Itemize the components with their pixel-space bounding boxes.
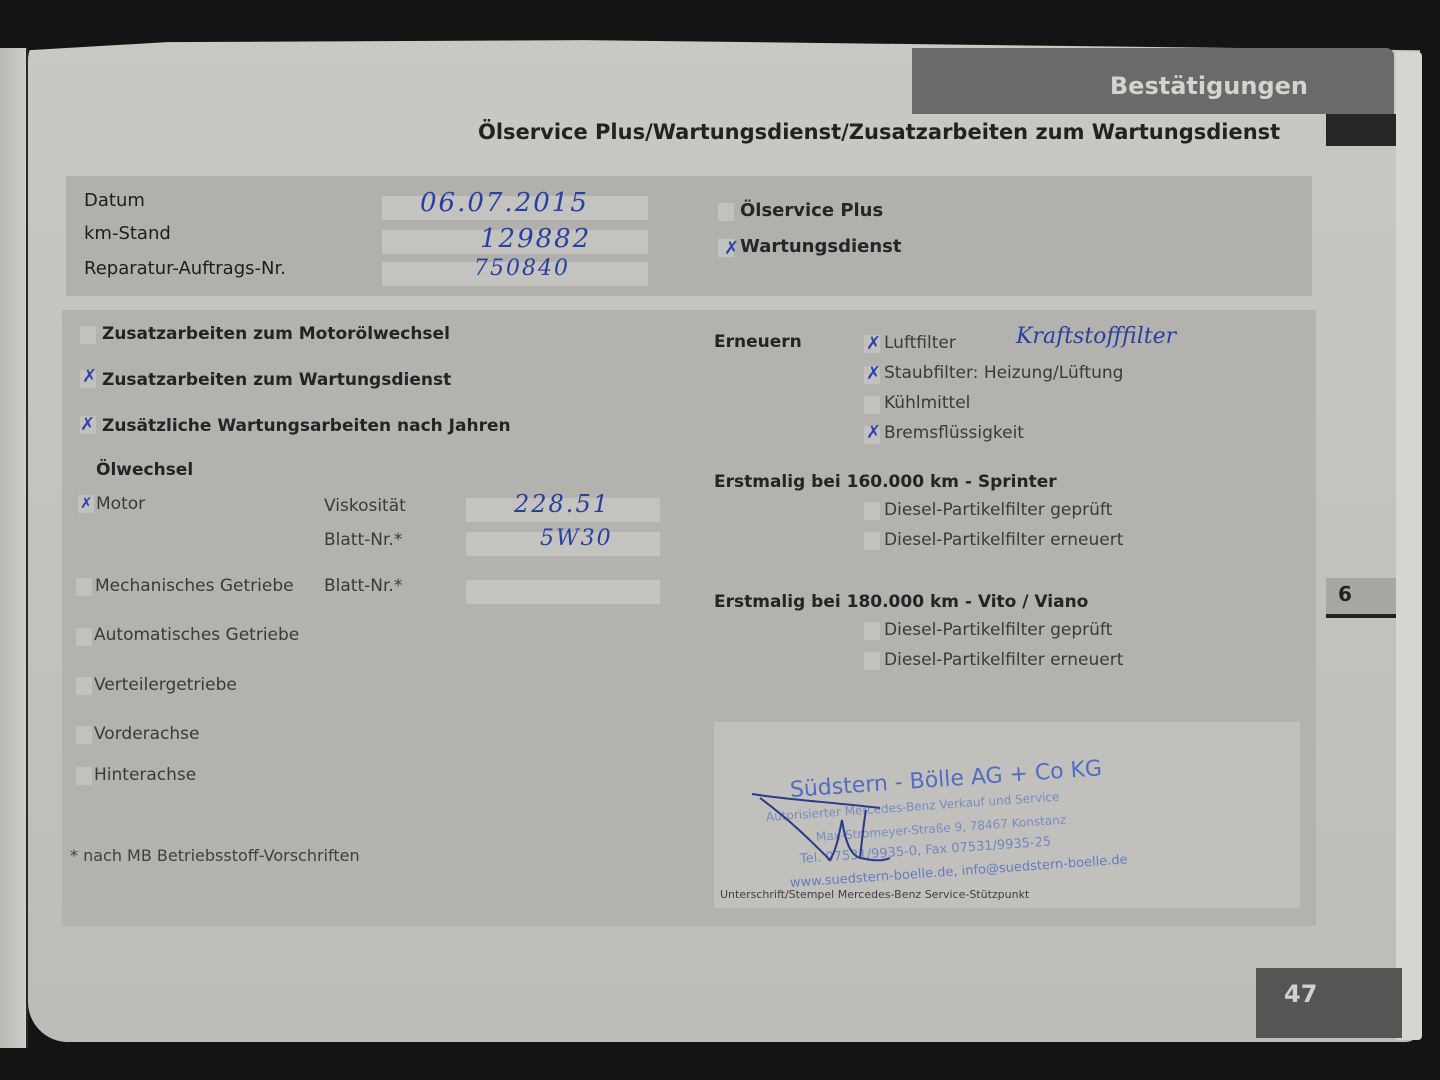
transfer-case-label: Verteilergetriebe	[94, 675, 237, 695]
front-axle-label: Vorderachse	[94, 724, 200, 744]
mech-gearbox-label: Mechanisches Getriebe	[95, 576, 294, 596]
date-label: Datum	[84, 190, 145, 211]
signature-icon	[750, 780, 910, 870]
auto-gearbox-checkbox[interactable]	[76, 628, 92, 646]
previous-page-edge	[0, 48, 28, 1048]
page-number-block: 47	[1256, 968, 1402, 1038]
check-mark-icon: ✗	[80, 496, 93, 511]
check-mark-icon: ✗	[866, 424, 881, 442]
check-mark-icon: ✗	[724, 240, 739, 258]
page-title: Ölservice Plus/Wartungsdienst/Zusatzarbe…	[478, 120, 1280, 144]
page-number: 47	[1284, 980, 1317, 1008]
mech-gearbox-checkbox[interactable]	[76, 578, 92, 596]
section-header-tab: Bestätigungen	[912, 48, 1394, 114]
coolant-checkbox[interactable]	[864, 396, 880, 414]
wartung-extra-label: Zusatzarbeiten zum Wartungsdienst	[102, 370, 451, 390]
mech-gearbox-sheet-field[interactable]	[466, 580, 660, 604]
sprinter-dpf-checked-checkbox[interactable]	[864, 502, 880, 520]
front-axle-checkbox[interactable]	[76, 726, 92, 744]
motoroel-extra-checkbox[interactable]	[80, 326, 96, 344]
air-filter-label: Luftfilter	[884, 333, 956, 353]
check-mark-icon: ✗	[80, 416, 95, 434]
vito-dpf-checked-label: Diesel-Partikelfilter geprüft	[884, 620, 1112, 640]
chapter-tab[interactable]: 6	[1326, 578, 1396, 618]
title-marker-block	[1326, 114, 1396, 146]
air-filter-note: Kraftstofffilter	[1016, 324, 1176, 349]
stamp-caption: Unterschrift/Stempel Mercedes-Benz Servi…	[720, 888, 1029, 901]
motor-label: Motor	[96, 494, 145, 514]
wartungsdienst-label: Wartungsdienst	[740, 236, 901, 257]
date-value: 06.07.2015	[420, 188, 589, 218]
oelservice-plus-checkbox[interactable]	[718, 203, 734, 221]
rear-axle-checkbox[interactable]	[76, 767, 92, 785]
page-edge	[1396, 52, 1422, 1040]
viscosity-value: 228.51	[514, 490, 610, 518]
vito-heading: Erstmalig bei 180.000 km - Vito / Viano	[714, 592, 1088, 612]
auto-gearbox-label: Automatisches Getriebe	[94, 625, 299, 645]
brake-fluid-label: Bremsflüssigkeit	[884, 423, 1024, 443]
coolant-label: Kühlmittel	[884, 393, 970, 413]
oelservice-plus-label: Ölservice Plus	[740, 200, 883, 221]
sprinter-dpf-checked-label: Diesel-Partikelfilter geprüft	[884, 500, 1112, 520]
sheet-number-label: Blatt-Nr.*	[324, 530, 402, 550]
viscosity-label: Viskosität	[324, 496, 406, 516]
sprinter-dpf-renewed-checkbox[interactable]	[864, 532, 880, 550]
km-label: km-Stand	[84, 223, 171, 244]
chapter-number: 6	[1338, 582, 1352, 606]
dust-filter-label: Staubfilter: Heizung/Lüftung	[884, 363, 1123, 383]
motoroel-extra-label: Zusatzarbeiten zum Motorölwechsel	[102, 324, 450, 344]
transfer-case-checkbox[interactable]	[76, 677, 92, 695]
footnote: * nach MB Betriebsstoff-Vorschriften	[70, 846, 360, 865]
mech-gearbox-sheet-label: Blatt-Nr.*	[324, 576, 402, 596]
order-number-label: Reparatur-Auftrags-Nr.	[84, 258, 286, 279]
years-extra-label: Zusätzliche Wartungsarbeiten nach Jahren	[102, 416, 511, 436]
sprinter-heading: Erstmalig bei 160.000 km - Sprinter	[714, 472, 1057, 492]
sprinter-dpf-renewed-label: Diesel-Partikelfilter erneuert	[884, 530, 1123, 550]
vito-dpf-renewed-label: Diesel-Partikelfilter erneuert	[884, 650, 1123, 670]
sheet-number-value: 5W30	[540, 526, 613, 551]
renew-label: Erneuern	[714, 332, 802, 352]
section-title: Bestätigungen	[1110, 72, 1308, 100]
check-mark-icon: ✗	[82, 368, 97, 386]
km-value: 129882	[480, 224, 591, 254]
vito-dpf-renewed-checkbox[interactable]	[864, 652, 880, 670]
order-number-value: 750840	[474, 256, 570, 281]
rear-axle-label: Hinterachse	[94, 765, 196, 785]
vito-dpf-checked-checkbox[interactable]	[864, 622, 880, 640]
oil-change-heading: Ölwechsel	[96, 460, 193, 480]
check-mark-icon: ✗	[866, 365, 881, 383]
check-mark-icon: ✗	[866, 335, 881, 353]
